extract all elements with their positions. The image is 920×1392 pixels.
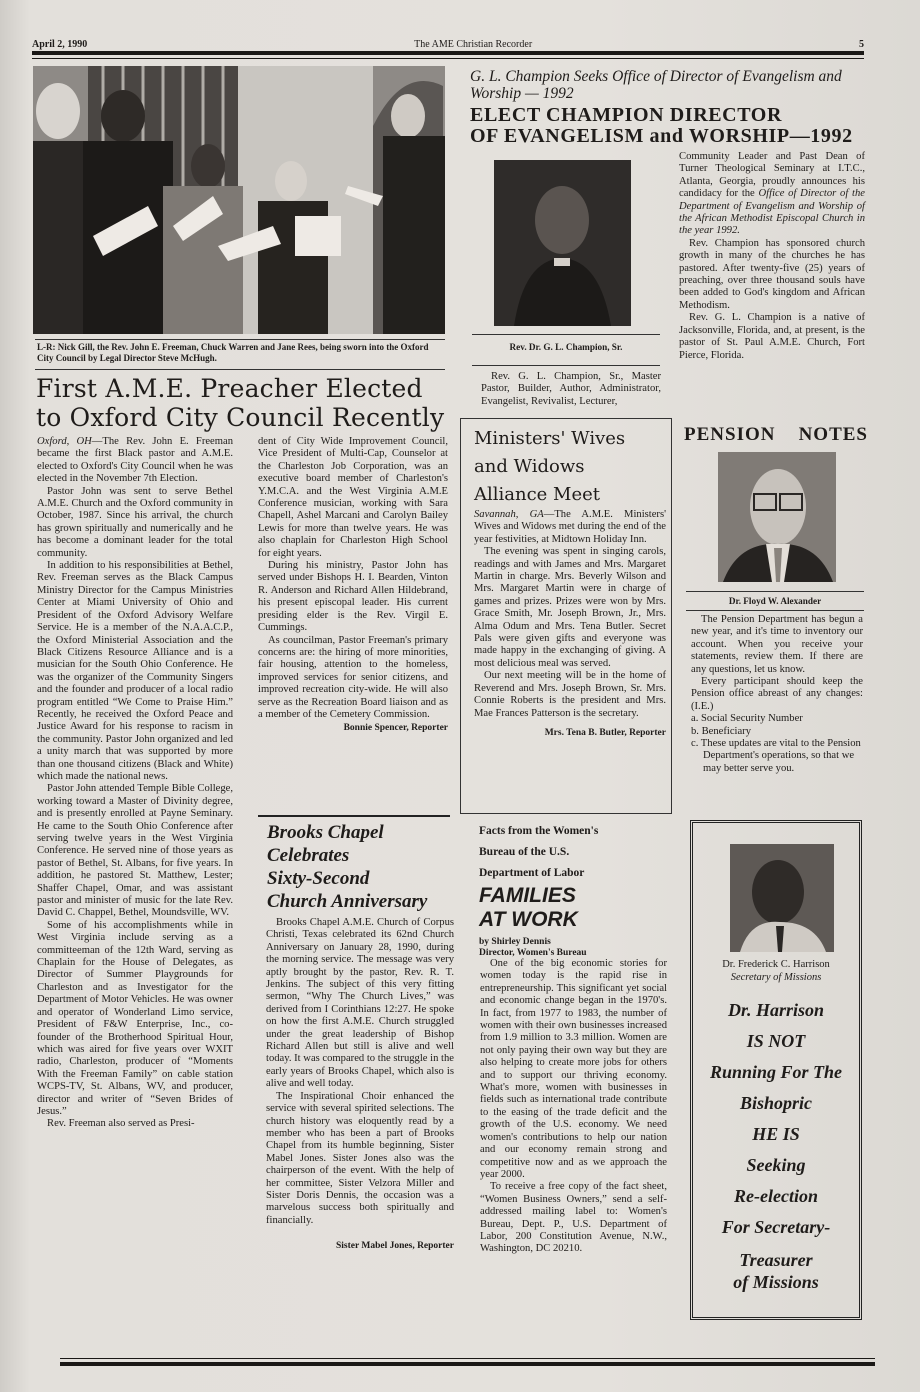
masthead-rule	[32, 51, 864, 55]
brooks-headline-line: Celebrates	[267, 844, 455, 867]
alexander-photo-caption: Dr. Floyd W. Alexander	[686, 596, 864, 607]
caption-rule-bottom	[35, 369, 445, 370]
masthead-rule-thin	[32, 58, 864, 59]
ad-line: Bishopric	[694, 1088, 858, 1119]
oxford-article-column-2: dent of City Wide Improvement Council, V…	[258, 436, 448, 733]
pension-changes-list: a. Social Security Number b. Beneficiary…	[691, 713, 863, 775]
oxford-dateline: Oxford, OH	[37, 436, 92, 447]
brooks-chapel-headline: Brooks Chapel Celebrates Sixty-Second Ch…	[267, 821, 455, 913]
champion-headline-line1: ELECT CHAMPION DIRECTOR	[470, 105, 870, 126]
oxford-paragraph: In addition to his responsibilities at B…	[37, 560, 233, 783]
oxford-paragraph: Rev. Freeman also served as Presi-	[37, 1118, 233, 1130]
ad-line: Seeking	[694, 1150, 858, 1181]
mw-headline-line: Ministers' Wives	[474, 425, 669, 453]
oxford-article-column-1: Oxford, OH—The Rev. John E. Freeman beca…	[37, 436, 233, 1131]
ad-line: Treasurer	[694, 1249, 858, 1271]
ministers-wives-headline: Ministers' Wives and Widows Alliance Mee…	[474, 425, 669, 509]
champion-portrait-photo	[494, 160, 631, 326]
champion-paragraph: Rev. G. L. Champion is a native of Jacks…	[679, 312, 865, 362]
page-number: 5	[859, 39, 864, 50]
photo-illustration	[33, 66, 445, 334]
ad-line: Dr. Harrison	[694, 995, 858, 1026]
mw-paragraph: The evening was spent in singing carols,…	[474, 546, 666, 670]
publication-name: The AME Christian Recorder	[414, 39, 532, 50]
ad-line: For Secretary-	[694, 1212, 858, 1243]
pension-notes-headline: PENSION NOTES	[684, 424, 868, 446]
mw-paragraph: Our next meeting will be in the home of …	[474, 670, 666, 720]
council-photo-caption: L-R: Nick Gill, the Rev. John E. Freeman…	[37, 342, 443, 363]
brooks-paragraph: The Inspirational Choir enhanced the ser…	[266, 1091, 454, 1227]
ministers-wives-article: Savannah, GA—The A.M.E. Ministers' Wives…	[474, 509, 666, 738]
pension-list-item: a. Social Security Number	[691, 713, 863, 725]
oxford-paragraph: As councilman, Pastor Freeman's primary …	[258, 635, 448, 722]
caption-rule-bottom	[686, 610, 864, 611]
footer-rule-thin	[60, 1358, 875, 1359]
champion-photo-caption: Rev. Dr. G. L. Champion, Sr.	[472, 342, 660, 353]
ad-line: Running For The	[694, 1057, 858, 1088]
mw-headline-line: Alliance Meet	[474, 481, 669, 509]
oxford-headline: First A.M.E. Preacher Elected to Oxford …	[36, 374, 456, 432]
newspaper-page: April 2, 1990 The AME Christian Recorder…	[0, 0, 920, 1392]
pension-notes-article: The Pension Department has begun a new y…	[691, 614, 863, 775]
champion-article-column-2: Community Leader and Past Dean of Turner…	[679, 151, 865, 362]
mw-reporter-byline: Mrs. Tena B. Butler, Reporter	[474, 728, 666, 738]
alexander-portrait-photo	[718, 452, 836, 582]
footer-rule	[60, 1362, 875, 1366]
pension-list-item: c. These updates are vital to the Pensio…	[691, 738, 863, 775]
facts-kicker-line: Bureau of the U.S.	[479, 842, 669, 863]
council-swearing-in-photo	[33, 66, 445, 334]
issue-date: April 2, 1990	[32, 39, 87, 50]
brooks-headline-line: Brooks Chapel	[267, 821, 455, 844]
families-at-work-header: Facts from the Women's Bureau of the U.S…	[479, 821, 669, 959]
families-author: by Shirley Dennis	[479, 937, 669, 948]
portrait-illustration	[730, 844, 834, 952]
pension-headline-word2: NOTES	[799, 424, 868, 446]
families-headline-line: AT WORK	[479, 908, 669, 932]
oxford-paragraph: Oxford, OH—The Rev. John E. Freeman beca…	[37, 436, 233, 486]
harrison-portrait-photo	[730, 844, 834, 952]
portrait-illustration	[494, 160, 631, 326]
oxford-headline-line2: to Oxford City Council Recently	[36, 403, 456, 432]
champion-lead: Rev. G. L. Champion, Sr., Master Pastor,…	[481, 371, 661, 408]
brooks-headline-line: Sixty-Second	[267, 867, 455, 890]
mw-dateline: Savannah, GA	[474, 509, 544, 520]
ad-line: of Missions	[694, 1271, 858, 1293]
champion-paragraph: Rev. G. L. Champion, Sr., Master Pastor,…	[481, 371, 661, 408]
pension-paragraph: The Pension Department has begun a new y…	[691, 614, 863, 676]
pension-headline-word1: PENSION	[684, 424, 775, 446]
champion-headline-block: G. L. Champion Seeks Office of Director …	[470, 68, 870, 147]
oxford-paragraph: Pastor John attended Temple Bible Colleg…	[37, 783, 233, 919]
caption-rule-bottom	[472, 365, 660, 366]
families-at-work-article: One of the big economic stories for wome…	[480, 958, 667, 1256]
caption-rule-top	[686, 591, 864, 592]
harrison-caption: Dr. Frederick C. Harrison Secretary of M…	[696, 958, 856, 984]
families-paragraph: One of the big economic stories for wome…	[480, 958, 667, 1181]
champion-headline-line2: OF EVANGELISM and WORSHIP—1992	[470, 126, 870, 147]
oxford-paragraph: Some of his accomplishments while in Wes…	[37, 920, 233, 1119]
brooks-paragraph: Brooks Chapel A.M.E. Church of Corpus Ch…	[266, 917, 454, 1091]
harrison-ad-message: Dr. Harrison IS NOT Running For The Bish…	[694, 995, 858, 1293]
oxford-paragraph: Pastor John was sent to serve Bethel A.M…	[37, 486, 233, 560]
ad-line: Re-election	[694, 1181, 858, 1212]
mw-paragraph: Savannah, GA—The A.M.E. Ministers' Wives…	[474, 509, 666, 546]
brooks-chapel-article: Brooks Chapel A.M.E. Church of Corpus Ch…	[266, 917, 454, 1251]
pension-list-item: b. Beneficiary	[691, 726, 863, 738]
brooks-reporter-byline: Sister Mabel Jones, Reporter	[266, 1241, 454, 1251]
brooks-headline-line: Church Anniversary	[267, 890, 455, 913]
oxford-reporter-byline: Bonnie Spencer, Reporter	[258, 723, 448, 733]
oxford-paragraph: dent of City Wide Improvement Council, V…	[258, 436, 448, 560]
facts-kicker-line: Department of Labor	[479, 863, 669, 884]
families-byline: by Shirley Dennis Director, Women's Bure…	[479, 937, 669, 959]
facts-kicker-line: Facts from the Women's	[479, 821, 669, 842]
caption-rule-top	[472, 334, 660, 335]
ad-line: IS NOT	[694, 1026, 858, 1057]
harrison-title: Secretary of Missions	[696, 971, 856, 984]
champion-paragraph: Rev. Champion has sponsored church growt…	[679, 238, 865, 312]
portrait-illustration	[718, 452, 836, 582]
oxford-paragraph: During his ministry, Pastor John has ser…	[258, 560, 448, 634]
champion-kicker: G. L. Champion Seeks Office of Director …	[470, 68, 870, 102]
section-rule	[258, 815, 450, 817]
mw-headline-line: and Widows	[474, 453, 669, 481]
ad-line: HE IS	[694, 1119, 858, 1150]
champion-paragraph: Community Leader and Past Dean of Turner…	[679, 151, 865, 238]
masthead: April 2, 1990 The AME Christian Recorder…	[32, 34, 864, 50]
families-headline-line: FAMILIES	[479, 884, 669, 908]
oxford-headline-line1: First A.M.E. Preacher Elected	[36, 374, 456, 403]
families-paragraph: To receive a free copy of the fact sheet…	[480, 1181, 667, 1255]
pension-paragraph: Every participant should keep the Pensio…	[691, 676, 863, 713]
harrison-name: Dr. Frederick C. Harrison	[696, 958, 856, 971]
caption-rule-top	[35, 339, 445, 340]
